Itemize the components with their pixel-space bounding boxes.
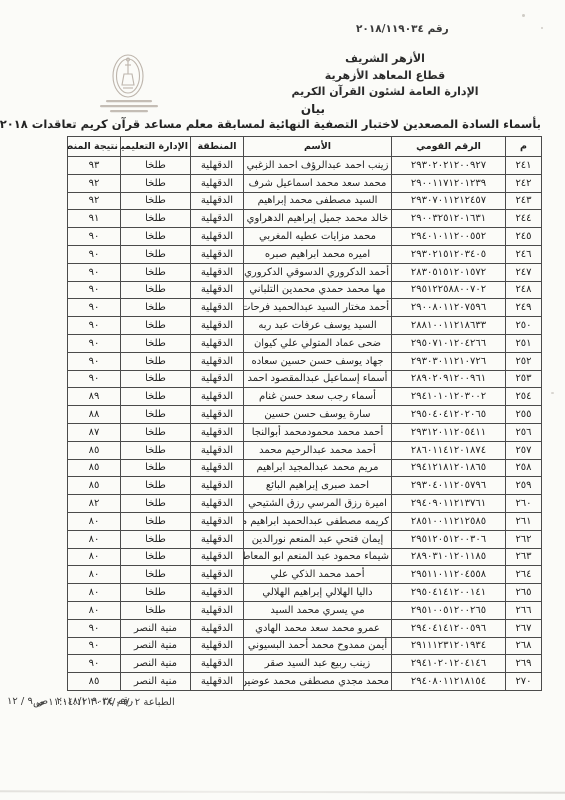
- al-azhar-emblem-icon: [88, 52, 168, 126]
- cell-national-id: ٢٨٣٠٥١٥١٢٠١٥٧٢: [392, 263, 506, 281]
- cell-name: السيد مصطفى محمد إبراهيم: [244, 192, 392, 210]
- table-row: ٢٥٢٢٩٣٠٣٠١١٢١٠٧٢٦جهاد يوسف حسن حسين سعاد…: [68, 352, 542, 370]
- cell-admin: طلخا: [121, 512, 191, 530]
- cell-score: ٩٠: [68, 263, 121, 281]
- table-row: ٢٥٣٢٨٩٠٢٠٩١٢٠٠٩٦١أسماء إسماعيل عبدالمقصو…: [68, 370, 542, 388]
- cell-region: الدقهلية: [191, 566, 244, 584]
- cell-name: سارة يوسف حسن حسين: [244, 406, 392, 424]
- cell-name: اميره محمد ابراهيم صبره: [244, 245, 392, 263]
- cell-admin: طلخا: [121, 352, 191, 370]
- cell-score: ٨٥: [68, 441, 121, 459]
- cell-admin: طلخا: [121, 334, 191, 352]
- cell-region: الدقهلية: [191, 459, 244, 477]
- cell-admin: طلخا: [121, 584, 191, 602]
- table-row: ٢٥٧٢٨٦٠١١٤١٢٠١٨٧٤أحمد محمد عبدالرحيم محم…: [68, 441, 542, 459]
- org-line-azhar: الأزهر الشريف: [289, 51, 481, 68]
- cell-score: ٨٠: [68, 601, 121, 619]
- table-row: ٢٦٣٢٨٩٠٣١٠١٢٠١١٨٥شيماء محمود عبد المنعم …: [68, 548, 542, 566]
- cell-name: زينب ربيع عبد السيد صقر: [244, 655, 392, 673]
- cell-admin: منية النصر: [121, 619, 191, 637]
- footer-left-group: رقم ٢٠١٨/١١٩٠٣٤ ص ٩ / ١٢: [7, 696, 133, 707]
- cell-region: الدقهلية: [191, 192, 244, 210]
- cell-admin: طلخا: [121, 299, 191, 317]
- cell-region: الدقهلية: [191, 406, 244, 424]
- cell-region: الدقهلية: [191, 334, 244, 352]
- cell-name: زينب احمد عبدالرؤف احمد الزغبي: [244, 157, 392, 175]
- cell-score: ٨٥: [68, 459, 121, 477]
- cell-serial: ٢٥٨: [506, 459, 542, 477]
- cell-score: ٩٠: [68, 228, 121, 246]
- cell-serial: ٢٦٦: [506, 601, 542, 619]
- cell-name: أسماء رجب سعد حسن غنام: [244, 388, 392, 406]
- cell-admin: طلخا: [121, 406, 191, 424]
- cell-admin: طلخا: [121, 459, 191, 477]
- cell-national-id: ٢٨٩٠٢٠٩١٢٠٠٩٦١: [392, 370, 506, 388]
- cell-admin: طلخا: [121, 548, 191, 566]
- cell-admin: طلخا: [121, 317, 191, 335]
- cell-national-id: ٢٩٥١١٠١١٢٠٤٥٥٨: [392, 566, 506, 584]
- header-name: الأسم: [244, 137, 392, 157]
- cell-national-id: ٢٩٤١٢١٨١٢٠١٨٦٥: [392, 459, 506, 477]
- cell-national-id: ٢٩٥٠٤١٤١٢٠٠١٤١: [392, 584, 506, 602]
- cell-name: شيماء محمود عبد المنعم ابو المعاطي راجح: [244, 548, 392, 566]
- cell-score: ٨٠: [68, 566, 121, 584]
- table-header-row: م الرقم القومي الأسم المنطقة الإدارة الت…: [68, 137, 542, 157]
- cell-admin: طلخا: [121, 566, 191, 584]
- cell-name: مريم محمد عبدالمجيد ابراهيم: [244, 459, 392, 477]
- cell-name: محمد مجدي مصطفى محمد عوضين: [244, 673, 392, 691]
- table-row: ٢٦٠٢٩٤٠٩٠١١٢١٣٧٦١اميرة رزق المرسي رزق ال…: [68, 495, 542, 513]
- cell-name: أحمد الدكروري الدسوقي الدكروري: [244, 263, 392, 281]
- header-admin: الإدارة التعليمية: [121, 137, 191, 157]
- cell-name: محمد سعد محمد اسماعيل شرف: [244, 174, 392, 192]
- cell-name: أحمد محمد الذكي علي: [244, 566, 392, 584]
- cell-serial: ٢٥٩: [506, 477, 542, 495]
- table-row: ٢٦٤٢٩٥١١٠١١٢٠٤٥٥٨أحمد محمد الذكي عليالدق…: [68, 566, 542, 584]
- cell-national-id: ٢٩٠٠١١٧١٢٠١٢٣٩: [392, 174, 506, 192]
- cell-admin: طلخا: [121, 388, 191, 406]
- cell-serial: ٢٦١: [506, 512, 542, 530]
- cell-national-id: ٢٩٣٠٢٠٢١٢٠٠٩٢٧: [392, 157, 506, 175]
- cell-serial: ٢٤٩: [506, 299, 542, 317]
- cell-national-id: ٢٩٤٠١٠١١٢٠٠٥٥٢: [392, 228, 506, 246]
- cell-serial: ٢٥٦: [506, 423, 542, 441]
- cell-region: الدقهلية: [191, 352, 244, 370]
- cell-score: ٩٠: [68, 334, 121, 352]
- cell-national-id: ٢٨٩٠٣١٠١٢٠١١٨٥: [392, 548, 506, 566]
- header-region: المنطقة: [191, 137, 244, 157]
- cell-name: اميرة رزق المرسي رزق الشتيحي: [244, 495, 392, 513]
- header-serial: م: [506, 137, 542, 157]
- table-row: ٢٤٨٢٩٥١٢٢٥٨٨٠٠٧٠٢مها محمد حمدي محمدين ال…: [68, 281, 542, 299]
- scan-bottom-edge: [0, 790, 565, 793]
- table-row: ٢٥٥٢٩٥٠٤٠٤١٢٠٢٠٦٥سارة يوسف حسن حسينالدقه…: [68, 406, 542, 424]
- cell-score: ٨٧: [68, 423, 121, 441]
- cell-national-id: ٢٩٠٠٨٠١١٢٠٧٥٩٦: [392, 299, 506, 317]
- table-row: ٢٦٢٢٩٥١٢٠٥١٢٠٠٣٠٦إيمان فتحي عبد المنعم ن…: [68, 530, 542, 548]
- table-row: ٢٥١٢٩٥٠٧١٠١٢٠٤٢٦٦ضحى عماد المتولي علي كي…: [68, 334, 542, 352]
- cell-admin: طلخا: [121, 423, 191, 441]
- cell-national-id: ٢٩٣١٢٠١١٢٠٥٤١١: [392, 423, 506, 441]
- cell-name: أحمد مختار السيد عبدالحميد فرحات: [244, 299, 392, 317]
- document-number-bottom: رقم ٢٠١٨/١١٩٠٣٤: [56, 696, 133, 707]
- cell-score: ٩٢: [68, 192, 121, 210]
- cell-region: الدقهلية: [191, 228, 244, 246]
- cell-serial: ٢٥١: [506, 334, 542, 352]
- cell-national-id: ٢٩٣٠٤٠١١٢٠٥٧٩٦: [392, 477, 506, 495]
- cell-region: الدقهلية: [191, 655, 244, 673]
- table-row: ٢٦٥٢٩٥٠٤١٤١٢٠٠١٤١داليا الهلالي إبراهيم ا…: [68, 584, 542, 602]
- statement-word: بيان: [301, 102, 325, 116]
- cell-admin: طلخا: [121, 281, 191, 299]
- cell-region: الدقهلية: [191, 174, 244, 192]
- candidates-table: م الرقم القومي الأسم المنطقة الإدارة الت…: [67, 136, 542, 691]
- cell-score: ٩٠: [68, 352, 121, 370]
- cell-score: ٩٠: [68, 619, 121, 637]
- cell-national-id: ٢٨٦٠١١٤١٢٠١٨٧٤: [392, 441, 506, 459]
- cell-national-id: ٢٨٥١٠٠١١٢١٢٥٨٥: [392, 512, 506, 530]
- cell-national-id: ٢٩٥٠٧١٠١٢٠٤٢٦٦: [392, 334, 506, 352]
- document-number-top: رقم ٢٠١٨/١١٩٠٣٤: [356, 23, 449, 35]
- cell-national-id: ٢٩٤١٠١٠١٢٠٣٠٠٢: [392, 388, 506, 406]
- cell-score: ٨٠: [68, 512, 121, 530]
- cell-score: ٩٠: [68, 245, 121, 263]
- cell-region: الدقهلية: [191, 477, 244, 495]
- cell-score: ٩٠: [68, 299, 121, 317]
- cell-serial: ٢٦٠: [506, 495, 542, 513]
- cell-serial: ٢٤٨: [506, 281, 542, 299]
- cell-name: مها محمد حمدي محمدين التلباني: [244, 281, 392, 299]
- cell-national-id: ٢٩٥٠٤٠٤١٢٠٢٠٦٥: [392, 406, 506, 424]
- table-row: ٢٧٠٢٩٤٠٨٠١١٢١٨١٥٤محمد مجدي مصطفى محمد عو…: [68, 673, 542, 691]
- table-row: ٢٤١٢٩٣٠٢٠٢١٢٠٠٩٢٧زينب احمد عبدالرؤف احمد…: [68, 157, 542, 175]
- cell-national-id: ٢٩٠٠٣٢٥١٢٠١٦٣١: [392, 210, 506, 228]
- cell-region: الدقهلية: [191, 299, 244, 317]
- cell-admin: منية النصر: [121, 673, 191, 691]
- cell-serial: ٢٦٢: [506, 530, 542, 548]
- cell-region: الدقهلية: [191, 281, 244, 299]
- table-row: ٢٦١٢٨٥١٠٠١١٢١٢٥٨٥كريمه مصطفى عبدالحميد ا…: [68, 512, 542, 530]
- cell-name: عمرو محمد سعد محمد الهادي: [244, 619, 392, 637]
- table-row: ٢٥٨٢٩٤١٢١٨١٢٠١٨٦٥مريم محمد عبدالمجيد ابر…: [68, 459, 542, 477]
- cell-region: الدقهلية: [191, 601, 244, 619]
- cell-name: أسماء إسماعيل عبدالمقصود احمد: [244, 370, 392, 388]
- cell-score: ٩٠: [68, 655, 121, 673]
- cell-admin: طلخا: [121, 174, 191, 192]
- table-row: ٢٥٩٢٩٣٠٤٠١١٢٠٥٧٩٦احمد صبرى إبراهيم البائ…: [68, 477, 542, 495]
- cell-serial: ٢٧٠: [506, 673, 542, 691]
- cell-region: الدقهلية: [191, 245, 244, 263]
- cell-score: ٨٨: [68, 406, 121, 424]
- cell-score: ٩٠: [68, 370, 121, 388]
- cell-score: ٨٢: [68, 495, 121, 513]
- table-row: ٢٤٢٢٩٠٠١١٧١٢٠١٢٣٩محمد سعد محمد اسماعيل ش…: [68, 174, 542, 192]
- table-row: ٢٥٤٢٩٤١٠١٠١٢٠٣٠٠٢أسماء رجب سعد حسن غناما…: [68, 388, 542, 406]
- cell-serial: ٢٤١: [506, 157, 542, 175]
- cell-admin: طلخا: [121, 601, 191, 619]
- cell-national-id: ٢٩٣٠٧٠١١٢١٢٤٥٧: [392, 192, 506, 210]
- cell-admin: طلخا: [121, 477, 191, 495]
- cell-score: ٩٠: [68, 317, 121, 335]
- cell-serial: ٢٦٥: [506, 584, 542, 602]
- cell-serial: ٢٥٥: [506, 406, 542, 424]
- cell-national-id: ٢٩٥١٢٢٥٨٨٠٠٧٠٢: [392, 281, 506, 299]
- cell-name: السيد يوسف عرفات عبد ربه: [244, 317, 392, 335]
- cell-score: ٨٠: [68, 530, 121, 548]
- table-row: ٢٦٧٢٩٤٠٤١٤١٢٠٠٥٩٦عمرو محمد سعد محمد الها…: [68, 619, 542, 637]
- cell-national-id: ٢٩٣٠٢١٥١٢٠٣٤٠٥: [392, 245, 506, 263]
- cell-region: الدقهلية: [191, 263, 244, 281]
- org-header: الأزهر الشريف قطاع المعاهد الأزهرية الإد…: [289, 51, 481, 101]
- cell-national-id: ٢٩٤٠٩٠١١٢١٣٧٦١: [392, 495, 506, 513]
- cell-name: احمد صبرى إبراهيم البائع: [244, 477, 392, 495]
- cell-national-id: ٢٩٣٠٣٠١١٢١٠٧٢٦: [392, 352, 506, 370]
- cell-score: ٨٠: [68, 584, 121, 602]
- cell-admin: طلخا: [121, 157, 191, 175]
- cell-national-id: ٢٩٥١٠٠٥١٢٠٠٢٦٥: [392, 601, 506, 619]
- cell-serial: ٢٥٤: [506, 388, 542, 406]
- cell-score: ٨٠: [68, 548, 121, 566]
- cell-serial: ٢٥٧: [506, 441, 542, 459]
- cell-name: أحمد محمد محمودمحمد أبوالنجا: [244, 423, 392, 441]
- cell-score: ٩٣: [68, 157, 121, 175]
- cell-admin: طلخا: [121, 263, 191, 281]
- cell-region: الدقهلية: [191, 512, 244, 530]
- cell-score: ٩٠: [68, 281, 121, 299]
- cell-admin: طلخا: [121, 210, 191, 228]
- cell-serial: ٢٤٣: [506, 192, 542, 210]
- cell-serial: ٢٤٤: [506, 210, 542, 228]
- cell-region: الدقهلية: [191, 441, 244, 459]
- cell-serial: ٢٦٣: [506, 548, 542, 566]
- cell-serial: ٢٤٧: [506, 263, 542, 281]
- cell-region: الدقهلية: [191, 548, 244, 566]
- cell-admin: طلخا: [121, 228, 191, 246]
- list-title: بأسماء السادة المصعدين لاختبار التصفية ا…: [0, 117, 541, 131]
- cell-admin: منية النصر: [121, 637, 191, 655]
- cell-region: الدقهلية: [191, 370, 244, 388]
- scan-speck: [522, 14, 525, 17]
- cell-region: الدقهلية: [191, 530, 244, 548]
- org-line-administration: الإدارة العامة لشئون القرآن الكريم: [289, 84, 481, 101]
- cell-score: ٩٠: [68, 637, 121, 655]
- table-row: ٢٦٨٢٩١١١٢٣١٢٠١٩٣٤أيمن ممدوح محمد أحمد ال…: [68, 637, 542, 655]
- table-row: ٢٥٠٢٨٨١٠٠١١٢١٨٦٣٣السيد يوسف عرفات عبد رب…: [68, 317, 542, 335]
- cell-national-id: ٢٨٨١٠٠١١٢١٨٦٣٣: [392, 317, 506, 335]
- cell-serial: ٢٦٨: [506, 637, 542, 655]
- page-indicator: ص ٩ / ١٢: [7, 696, 48, 707]
- table-row: ٢٤٤٢٩٠٠٣٢٥١٢٠١٦٣١خالد محمد جميل إبراهيم …: [68, 210, 542, 228]
- cell-region: الدقهلية: [191, 619, 244, 637]
- table-row: ٢٤٩٢٩٠٠٨٠١١٢٠٧٥٩٦أحمد مختار السيد عبدالح…: [68, 299, 542, 317]
- cell-serial: ٢٦٩: [506, 655, 542, 673]
- cell-admin: منية النصر: [121, 655, 191, 673]
- table-row: ٢٦٦٢٩٥١٠٠٥١٢٠٠٢٦٥مي يسري محمد السيدالدقه…: [68, 601, 542, 619]
- cell-name: مي يسري محمد السيد: [244, 601, 392, 619]
- cell-region: الدقهلية: [191, 584, 244, 602]
- cell-region: الدقهلية: [191, 495, 244, 513]
- cell-serial: ٢٦٤: [506, 566, 542, 584]
- cell-serial: ٢٥٢: [506, 352, 542, 370]
- cell-score: ٨٥: [68, 477, 121, 495]
- cell-admin: طلخا: [121, 495, 191, 513]
- cell-admin: طلخا: [121, 370, 191, 388]
- cell-region: الدقهلية: [191, 423, 244, 441]
- header-score: نتيجة المنطقة: [68, 137, 121, 157]
- cell-admin: طلخا: [121, 441, 191, 459]
- cell-name: أحمد محمد عبدالرحيم محمد: [244, 441, 392, 459]
- cell-serial: ٢٤٦: [506, 245, 542, 263]
- cell-national-id: ٢٩١١١٢٣١٢٠١٩٣٤: [392, 637, 506, 655]
- cell-region: الدقهلية: [191, 673, 244, 691]
- cell-national-id: ٢٩٤١٠٢٠١٢٠٤١٤٦: [392, 655, 506, 673]
- cell-region: الدقهلية: [191, 637, 244, 655]
- cell-admin: طلخا: [121, 245, 191, 263]
- cell-admin: طلخا: [121, 530, 191, 548]
- cell-serial: ٢٦٧: [506, 619, 542, 637]
- cell-score: ٩١: [68, 210, 121, 228]
- cell-score: ٨٥: [68, 673, 121, 691]
- cell-serial: ٢٥٠: [506, 317, 542, 335]
- table-row: ٢٤٣٢٩٣٠٧٠١١٢١٢٤٥٧السيد مصطفى محمد إبراهي…: [68, 192, 542, 210]
- cell-score: ٩٢: [68, 174, 121, 192]
- cell-name: كريمه مصطفى عبدالحميد ابراهيم منصور: [244, 512, 392, 530]
- table-row: ٢٤٦٢٩٣٠٢١٥١٢٠٣٤٠٥اميره محمد ابراهيم صبره…: [68, 245, 542, 263]
- cell-name: محمد مزايات عطيه المغربي: [244, 228, 392, 246]
- cell-name: خالد محمد جميل إبراهيم الدهراوي: [244, 210, 392, 228]
- table-row: ٢٤٧٢٨٣٠٥١٥١٢٠١٥٧٢أحمد الدكروري الدسوقي ا…: [68, 263, 542, 281]
- cell-serial: ٢٤٥: [506, 228, 542, 246]
- cell-name: إيمان فتحي عبد المنعم نورالدين: [244, 530, 392, 548]
- cell-score: ٨٩: [68, 388, 121, 406]
- cell-national-id: ٢٩٥١٢٠٥١٢٠٠٣٠٦: [392, 530, 506, 548]
- cell-region: الدقهلية: [191, 210, 244, 228]
- cell-region: الدقهلية: [191, 157, 244, 175]
- header-national-id: الرقم القومي: [392, 137, 506, 157]
- cell-name: جهاد يوسف حسن حسين سعاده: [244, 352, 392, 370]
- table-row: ٢٤٥٢٩٤٠١٠١١٢٠٠٥٥٢محمد مزايات عطيه المغرب…: [68, 228, 542, 246]
- cell-region: الدقهلية: [191, 388, 244, 406]
- table-row: ٢٥٦٢٩٣١٢٠١١٢٠٥٤١١أحمد محمد محمودمحمد أبو…: [68, 423, 542, 441]
- cell-name: ضحى عماد المتولي علي كيوان: [244, 334, 392, 352]
- cell-region: الدقهلية: [191, 317, 244, 335]
- scan-speck: [551, 392, 554, 394]
- cell-admin: طلخا: [121, 192, 191, 210]
- cell-serial: ٢٤٢: [506, 174, 542, 192]
- cell-national-id: ٢٩٤٠٤١٤١٢٠٠٥٩٦: [392, 619, 506, 637]
- cell-name: أيمن ممدوح محمد أحمد البسيوني: [244, 637, 392, 655]
- scan-speck: [541, 27, 543, 29]
- table-row: ٢٦٩٢٩٤١٠٢٠١٢٠٤١٤٦زينب ربيع عبد السيد صقر…: [68, 655, 542, 673]
- cell-serial: ٢٥٣: [506, 370, 542, 388]
- org-line-sector: قطاع المعاهد الأزهرية: [289, 68, 481, 85]
- cell-national-id: ٢٩٤٠٨٠١١٢١٨١٥٤: [392, 673, 506, 691]
- cell-name: داليا الهلالي إبراهيم الهلالي: [244, 584, 392, 602]
